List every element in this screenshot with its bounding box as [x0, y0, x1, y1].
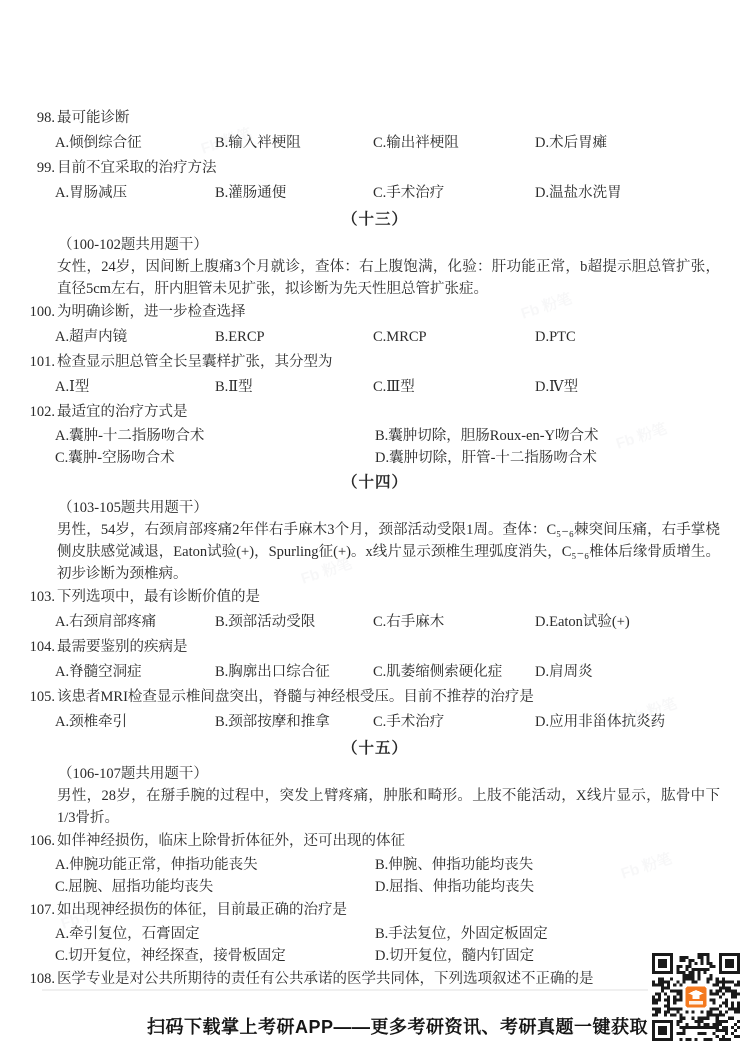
- question-number: 101.: [0, 350, 55, 375]
- option-c: C.手术治疗: [373, 710, 535, 735]
- option-c: C.囊肿-空肠吻合术: [55, 447, 375, 469]
- option-a: A.右颈肩部疼痛: [55, 610, 215, 635]
- question-98-options: A.倾倒综合征 B.输入袢梗阻 C.输出袢梗阻 D.术后胃瘫: [0, 131, 750, 156]
- question-text: 下列选项中，最有诊断价值的是: [57, 585, 260, 610]
- question-101-options: A.Ⅰ型 B.Ⅱ型 C.Ⅲ型 D.Ⅳ型: [0, 375, 750, 400]
- question-text: 最可能诊断: [57, 106, 130, 131]
- question-106: 106. 如伴神经损伤，临床上除骨折体征外，还可出现的体征: [0, 829, 750, 854]
- option-a: A.牵引复位，石膏固定: [55, 923, 375, 945]
- question-number: 98.: [0, 106, 55, 131]
- option-c: C.手术治疗: [373, 181, 535, 206]
- question-number: 102.: [0, 400, 55, 425]
- question-text: 该患者MRI检查显示椎间盘突出，脊髓与神经根受压。目前不推荐的治疗是: [57, 685, 534, 710]
- question-102-options-row2: C.囊肿-空肠吻合术 D.囊肿切除，肝管-十二指肠吻合术: [0, 447, 750, 469]
- stem-text-13: 女性，24岁，因间断上腹痛3个月就诊，查体：右上腹饱满，化验：肝功能正常，b超提…: [0, 256, 750, 300]
- question-text: 最适宜的治疗方式是: [57, 400, 188, 425]
- question-text: 为明确诊断，进一步检查选择: [57, 300, 246, 325]
- question-107: 107. 如出现神经损伤的体征，目前最正确的治疗是: [0, 898, 750, 923]
- option-a: A.脊髓空洞症: [55, 660, 215, 685]
- question-text: 最需要鉴别的疾病是: [57, 635, 188, 660]
- question-104: 104. 最需要鉴别的疾病是: [0, 635, 750, 660]
- footer-slogan: 扫码下载掌上考研APP——更多考研资讯、考研真题一键获取: [0, 1013, 648, 1039]
- option-b: B.ERCP: [215, 325, 373, 350]
- option-c: C.屈腕、屈指功能均丧失: [55, 876, 375, 898]
- question-number: 104.: [0, 635, 55, 660]
- option-d: D.PTC: [535, 325, 750, 350]
- question-107-options-row1: A.牵引复位，石膏固定 B.手法复位，外固定板固定: [0, 923, 750, 945]
- question-106-options-row1: A.伸腕功能正常，伸指功能丧失 B.伸腕、伸指功能均丧失: [0, 854, 750, 876]
- question-106-options-row2: C.屈腕、屈指功能均丧失 D.屈指、伸指功能均丧失: [0, 876, 750, 898]
- option-d: D.Ⅳ型: [535, 375, 750, 400]
- section-title-15: （十五）: [0, 737, 750, 761]
- question-104-options: A.脊髓空洞症 B.胸廓出口综合征 C.肌萎缩侧索硬化症 D.肩周炎: [0, 660, 750, 685]
- qr-code: [652, 953, 740, 1041]
- option-c: C.切开复位，神经探查，接骨板固定: [55, 945, 375, 967]
- option-d: D.温盐水洗胃: [535, 181, 750, 206]
- question-number: 105.: [0, 685, 55, 710]
- question-105-options: A.颈椎牵引 B.颈部按摩和推拿 C.手术治疗 D.应用非甾体抗炎药: [0, 710, 750, 735]
- stem-header-13: （100-102题共用题干）: [0, 234, 750, 256]
- option-d: D.Eaton试验(+): [535, 610, 750, 635]
- option-a: A.颈椎牵引: [55, 710, 215, 735]
- footer-divider: [42, 989, 648, 991]
- option-c: C.右手麻木: [373, 610, 535, 635]
- option-d: D.应用非甾体抗炎药: [535, 710, 750, 735]
- question-101: 101. 检查显示胆总管全长呈囊样扩张，其分型为: [0, 350, 750, 375]
- option-b: B.颈部活动受限: [215, 610, 373, 635]
- option-b: B.Ⅱ型: [215, 375, 373, 400]
- question-number: 99.: [0, 156, 55, 181]
- question-text: 目前不宜采取的治疗方法: [57, 156, 217, 181]
- question-99-options: A.胃肠减压 B.灌肠通便 C.手术治疗 D.温盐水洗胃: [0, 181, 750, 206]
- stem-header-15: （106-107题共用题干）: [0, 763, 750, 785]
- question-number: 103.: [0, 585, 55, 610]
- option-d: D.术后胃瘫: [535, 131, 750, 156]
- question-text: 检查显示胆总管全长呈囊样扩张，其分型为: [57, 350, 333, 375]
- option-b: B.手法复位，外固定板固定: [375, 923, 750, 945]
- question-102-options-row1: A.囊肿-十二指肠吻合术 B.囊肿切除，胆肠Roux-en-Y吻合术: [0, 425, 750, 447]
- question-number: 106.: [0, 829, 55, 854]
- option-b: B.颈部按摩和推拿: [215, 710, 373, 735]
- option-a: A.胃肠减压: [55, 181, 215, 206]
- option-b: B.输入袢梗阻: [215, 131, 373, 156]
- option-b: B.灌肠通便: [215, 181, 373, 206]
- option-a: A.超声内镜: [55, 325, 215, 350]
- question-number: 100.: [0, 300, 55, 325]
- qr-center-logo: [685, 986, 706, 1007]
- option-c: C.MRCP: [373, 325, 535, 350]
- question-105: 105. 该患者MRI检查显示椎间盘突出，脊髓与神经根受压。目前不推荐的治疗是: [0, 685, 750, 710]
- option-a: A.伸腕功能正常，伸指功能丧失: [55, 854, 375, 876]
- stem-text-15: 男性，28岁，在掰手腕的过程中，突发上臂疼痛，肿胀和畸形。上肢不能活动，X线片显…: [0, 785, 750, 829]
- option-c: C.Ⅲ型: [373, 375, 535, 400]
- option-a: A.Ⅰ型: [55, 375, 215, 400]
- option-c: C.肌萎缩侧索硬化症: [373, 660, 535, 685]
- exam-content: 98. 最可能诊断 A.倾倒综合征 B.输入袢梗阻 C.输出袢梗阻 D.术后胃瘫…: [0, 0, 750, 992]
- question-number: 107.: [0, 898, 55, 923]
- option-d: D.肩周炎: [535, 660, 750, 685]
- stem-text-14: 男性，54岁，右颈肩部疼痛2年伴右手麻木3个月，颈部活动受限1周。查体：C₅₋₆…: [0, 519, 750, 585]
- question-99: 99. 目前不宜采取的治疗方法: [0, 156, 750, 181]
- exam-page: Fb 粉笔 Fb 粉笔 Fb 粉笔 Fb 粉笔 Fb 粉笔 Fb 粉笔 Fb 粉…: [0, 0, 750, 1061]
- option-a: A.倾倒综合征: [55, 131, 215, 156]
- question-100-options: A.超声内镜 B.ERCP C.MRCP D.PTC: [0, 325, 750, 350]
- stem-header-14: （103-105题共用题干）: [0, 497, 750, 519]
- option-b: B.囊肿切除，胆肠Roux-en-Y吻合术: [375, 425, 750, 447]
- option-d: D.囊肿切除，肝管-十二指肠吻合术: [375, 447, 750, 469]
- question-100: 100. 为明确诊断，进一步检查选择: [0, 300, 750, 325]
- question-text: 如出现神经损伤的体征，目前最正确的治疗是: [57, 898, 347, 923]
- question-98: 98. 最可能诊断: [0, 106, 750, 131]
- option-c: C.输出袢梗阻: [373, 131, 535, 156]
- question-text: 如伴神经损伤，临床上除骨折体征外，还可出现的体征: [57, 829, 405, 854]
- section-title-13: （十三）: [0, 208, 750, 232]
- question-103-options: A.右颈肩部疼痛 B.颈部活动受限 C.右手麻木 D.Eaton试验(+): [0, 610, 750, 635]
- question-103: 103. 下列选项中，最有诊断价值的是: [0, 585, 750, 610]
- option-d: D.屈指、伸指功能均丧失: [375, 876, 750, 898]
- option-a: A.囊肿-十二指肠吻合术: [55, 425, 375, 447]
- option-b: B.伸腕、伸指功能均丧失: [375, 854, 750, 876]
- section-title-14: （十四）: [0, 471, 750, 495]
- option-b: B.胸廓出口综合征: [215, 660, 373, 685]
- question-102: 102. 最适宜的治疗方式是: [0, 400, 750, 425]
- question-107-options-row2: C.切开复位，神经探查，接骨板固定 D.切开复位，髓内钉固定: [0, 945, 750, 967]
